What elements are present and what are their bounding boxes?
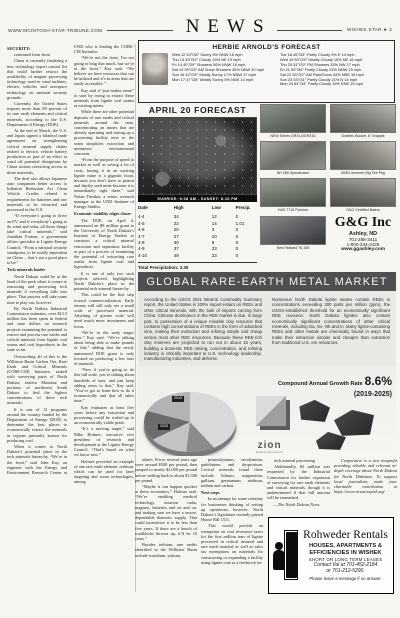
page-label: WISHEK STAR ★ 3 <box>347 27 392 33</box>
article-paragraph: This would provide an exemption on coal … <box>201 523 263 565</box>
metal-cube-graphic <box>256 396 286 426</box>
article-paragraph: Kay said it “just makes sense” to start … <box>74 88 134 109</box>
article-paragraph: China is currently finalizing a new tech… <box>7 58 67 100</box>
article-paragraph: Holmes provided an example of one rare e… <box>74 459 134 485</box>
article-paragraph: “From the purpose of speed to market as … <box>74 157 134 209</box>
article-paragraph: “Maybe it can happen quicker at these ec… <box>135 484 197 541</box>
equipment-photo <box>260 216 326 245</box>
weather-table-rows: 4-4341204-522141.014-620304-7271004-8309… <box>138 214 257 259</box>
weather-map <box>138 117 257 195</box>
equipment-caption: 605N Vermeer Big Tire Pkg <box>330 171 396 175</box>
rentals-note: Please leave a message if no answer. <box>301 576 390 581</box>
zion-logo: zion Market Research <box>256 441 283 454</box>
forecast-line: Mon 17 47°/28° Mostly Sunny 5% NNE 14 mp… <box>172 78 276 83</box>
article-column-4: praseodymium, neodymium, gadolinium and … <box>201 457 263 592</box>
pie-label-start: 2019 <box>172 396 184 402</box>
equipment-photo <box>330 141 396 170</box>
site-url: WWW.MCINTOSH-STAR-TRIBUNE.COM <box>8 28 102 33</box>
article-paragraph: continued from front <box>7 52 67 57</box>
article-column-5: tech mineral processing.Additionally, $3… <box>267 458 330 515</box>
april20-title: APRIL 20 FORECAST <box>138 105 257 115</box>
cagr-years: (2019-2025) <box>278 391 392 398</box>
article-paragraph: “If everyone’s going to drive an EV, and… <box>7 213 67 265</box>
article-paragraph: “Now if you’re going to do this full sca… <box>74 367 134 403</box>
masthead-rule-right <box>277 30 342 31</box>
ore-rock-graphic <box>296 400 330 422</box>
article-paragraph: The deal also allows Japanese auto compa… <box>7 176 67 212</box>
pie-label-end: 2025 <box>158 424 170 430</box>
ad-item: 605N Vermeer Big Tire Pkg <box>330 141 396 175</box>
ad-item: H&S 7716 Finisher <box>260 178 326 212</box>
article-paragraph: “We’re in the early stages here,” Kay sa… <box>74 330 134 366</box>
forecast-line: Mon 24 64°/34° Partly Cloudy 15% ENE 15 … <box>280 82 391 87</box>
rentals-phone: or 701-212-5290. <box>301 569 390 575</box>
market-text-left: According to the USGS 2021 Mineral Commo… <box>144 297 262 362</box>
article-column-3: others. Prices several years ago were ar… <box>135 457 197 592</box>
weather-row: 4-1049230 <box>138 253 257 259</box>
dealer-website: www.ggashley.com <box>341 247 385 252</box>
ad-item: Grabtec Bucket, 6' Grapple <box>330 104 396 138</box>
herbie-forecast-box: HERBIE ARNOLD'S FORECAST Wed 12 52°/35° … <box>138 40 395 103</box>
gg-dealer-logo: G&G Inc Ashley, ND 701-288-3411 1-800-34… <box>330 216 396 253</box>
equipment-caption: NEW Series GRX14/GRX16 <box>260 134 326 138</box>
equipment-photo <box>260 104 326 133</box>
weather-table-header: DateHighLowPrecip. <box>138 205 257 211</box>
article-paragraph: While there are other potential deposits… <box>74 109 134 156</box>
sunrise-sunset-banner: SUNRISE: 6:08 AM - SUNSET: 8:16 PM <box>138 195 257 202</box>
article-paragraph: tech mineral processing. <box>267 458 330 463</box>
forecast-title: HERBIE ARNOLD'S FORECAST <box>142 44 391 51</box>
open-door-icon <box>272 530 298 582</box>
rohweder-rentals-ad: Rohweder Rentals HOUSES, APARTMENTS & EF… <box>268 517 394 594</box>
article-paragraph: “It’s a moving target,” said Mike Holmes… <box>74 426 134 457</box>
article-paragraph: Next steps <box>201 490 263 495</box>
article-paragraph: others. Prices several years ago were ar… <box>135 457 197 483</box>
rentals-line: HOUSES, APARTMENTS & <box>301 543 390 550</box>
article-paragraph: Currently, the United States imports mor… <box>7 101 67 127</box>
gg-equipment-ad: NEW Series GRX14/GRX16 Grabtec Bucket, 6… <box>260 104 396 252</box>
equipment-caption: H&S 7716 Finisher <box>260 208 326 212</box>
rentals-name: Rohweder Rentals <box>301 530 390 541</box>
ad-item: NH 260 Speedrower <box>260 141 326 175</box>
newspaper-page: WWW.MCINTOSH-STAR-TRIBUNE.COM NEWS APRIL… <box>0 0 400 618</box>
article-paragraph: Tech minerals leader <box>7 267 67 272</box>
article-paragraph: SECURITY: <box>7 46 67 51</box>
article-paragraph: It is one of 13 programs around the coun… <box>7 407 67 443</box>
market-text-right: Numerous North Dakota lignite seams cont… <box>272 297 390 362</box>
section-title: NEWS <box>178 16 272 38</box>
article-paragraph: This could be the first step toward comm… <box>74 292 134 328</box>
cagr-callout: Compound Annual Growth Rate8.6% (2019-20… <box>278 372 392 398</box>
article-paragraph: At the end of March, the U.S. and Japan … <box>7 128 67 175</box>
article-paragraph: Additionally, $3 million was requested b… <box>267 464 330 500</box>
ad-item: G&G Certified Balers <box>330 178 396 212</box>
article-paragraph: The DOE, on April 4, announced an $8 mil… <box>74 218 134 270</box>
forecast-week1: Wed 12 52°/35° Sunny 5% NNW 16 mphThu 13… <box>172 53 276 87</box>
forecast-week2: Tue 18 46°/33° Partly Cloudy 9% E 14 mph… <box>280 53 391 87</box>
article-paragraph: Cooperative is a new nonprofit providing… <box>334 458 397 494</box>
equipment-caption: NH 260 Speedrower <box>260 171 326 175</box>
market-pie-chart <box>144 392 236 452</box>
rare-earth-market-box: GLOBAL RARE-EARTH METAL MARKET According… <box>138 272 396 456</box>
article-paragraph: —The North Dakota News <box>267 502 330 507</box>
masthead-rule-left <box>107 30 172 31</box>
equipment-caption: Grabtec Bucket, 6' Grapple <box>330 134 396 138</box>
equipment-photo <box>260 141 326 170</box>
ad-item: New Holland T6 155 <box>260 216 326 253</box>
article-column-credit: Cooperative is a new nonprofit providing… <box>334 458 397 515</box>
ad-item: NEW Series GRX14/GRX16 <box>260 104 326 138</box>
equipment-photo <box>330 178 396 207</box>
article-paragraph: North Dakota could be at the head of the… <box>7 274 67 305</box>
dealer-name: G&G Inc <box>335 216 391 230</box>
article-paragraph: Overarching all of this is the Williston… <box>7 354 67 406</box>
security-article-columns: SECURITY:continued from frontChina is cu… <box>7 44 134 593</box>
article-paragraph: Besides terbium, rare earths identified … <box>135 542 197 558</box>
total-precipitation: Total Precipitation: 3.30 <box>138 262 257 270</box>
market-graphic: 2019 2025 Compound Annual Growth Rate8.6… <box>138 366 396 456</box>
article-paragraph: Economic viability edges closer <box>74 211 134 216</box>
equipment-caption: New Holland T6 155 <box>260 246 326 250</box>
equipment-caption: G&G Certified Balers <box>330 208 396 212</box>
article-paragraph: “We’re not the front, I’m not going to b… <box>74 55 134 86</box>
cagr-value: 8.6% <box>365 374 392 388</box>
rentals-line: EFFICIENCIES IN WISHEK <box>301 550 390 557</box>
weather-header-row: DateHighLowPrecip. <box>138 205 257 211</box>
article-paragraph: It is one of only two such projects sele… <box>74 271 134 292</box>
market-banner: GLOBAL RARE-EARTH METAL MARKET <box>138 272 396 291</box>
article-paragraph: Kay estimates at least five years before… <box>74 405 134 426</box>
article-paragraph: By North Dakota Industrial Commission es… <box>7 306 67 353</box>
cagr-label: Compound Annual Growth Rate <box>278 381 363 387</box>
april20-forecast: APRIL 20 FORECAST SUNRISE: 6:08 AM - SUN… <box>138 105 257 270</box>
forecaster-photo <box>142 53 168 85</box>
article-paragraph: In an attempt for some certainty for bus… <box>201 496 263 522</box>
equipment-photo <box>260 178 326 207</box>
equipment-photo <box>330 104 396 133</box>
article-paragraph: praseodymium, neodymium, gadolinium and … <box>201 457 263 488</box>
ore-rock-graphic <box>334 410 374 436</box>
